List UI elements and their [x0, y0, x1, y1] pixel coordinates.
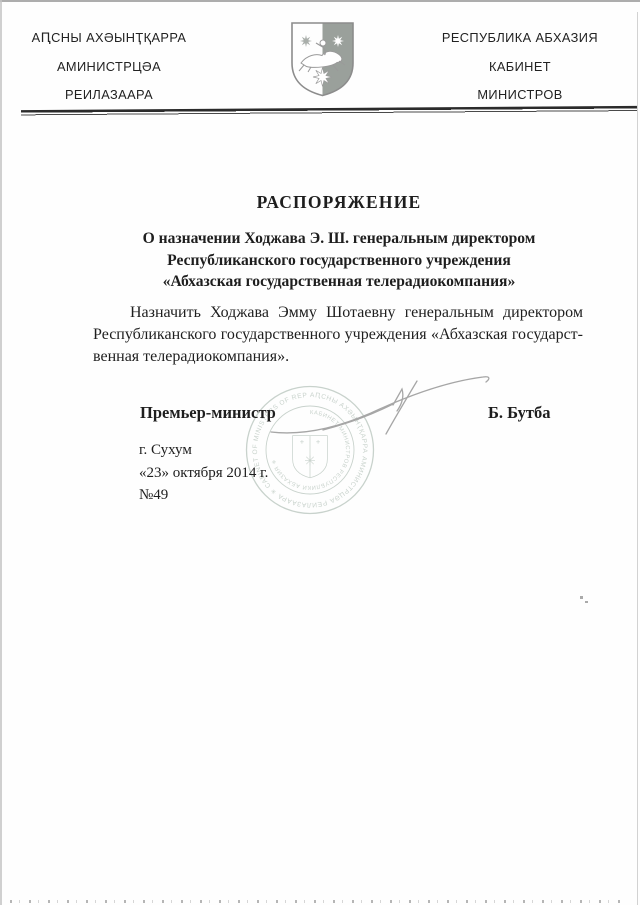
decree-number: №49 [139, 487, 168, 504]
scan-edge-top [0, 0, 640, 2]
scan-noise-bottom [10, 900, 626, 903]
subject-line: Республиканского государственного учрежд… [85, 250, 593, 272]
body-line: венная телерадиокомпания». [93, 346, 583, 368]
scan-speck [585, 601, 588, 603]
subject-line: О назначении Ходжава Э. Ш. генеральным д… [85, 228, 593, 250]
letterhead-abkhaz-line2: АМИНИСТРЦӘА [29, 53, 189, 82]
issue-place: г. Сухум [139, 442, 192, 459]
decree-subject: О назначении Ходжава Э. Ш. генеральным д… [85, 228, 593, 293]
letterhead-abkhaz: АԤСНЫ АХӘЫНҬҚАРРА АМИНИСТРЦӘА РЕИЛАЗААРА [29, 24, 189, 110]
signer-name: Б. Бутба [488, 403, 551, 423]
body-line: Назначить Ходжава Эмму Шотаевну генераль… [93, 302, 583, 324]
issue-date: «23» октября 2014 г. [139, 465, 268, 482]
scanned-decree-page: АԤСНЫ АХӘЫНҬҚАРРА АМИНИСТРЦӘА РЕИЛАЗААРА… [0, 0, 640, 905]
signer-role: Премьер-министр [140, 403, 276, 423]
letterhead-russian-line1: РЕСПУБЛИКА АБХАЗИЯ [440, 24, 600, 53]
letterhead-russian-line2: КАБИНЕТ [440, 53, 600, 82]
letterhead-russian: РЕСПУБЛИКА АБХАЗИЯ КАБИНЕТ МИНИСТРОВ [440, 24, 600, 110]
letterhead-abkhaz-line1: АԤСНЫ АХӘЫНҬҚАРРА [29, 24, 189, 53]
document-title: РАСПОРЯЖЕНИЕ [93, 192, 585, 213]
decree-body: Назначить Ходжава Эмму Шотаевну генераль… [93, 302, 583, 367]
scan-edge-right [637, 12, 638, 905]
letterhead-abkhaz-line3: РЕИЛАЗААРА [29, 81, 189, 110]
body-line: Республиканского государственного учрежд… [93, 324, 583, 346]
subject-line: «Абхазская государственная телерадиокомп… [85, 271, 593, 293]
scan-edge-left [0, 0, 2, 905]
letterhead-russian-line3: МИНИСТРОВ [440, 81, 600, 110]
scan-speck [580, 596, 583, 599]
coat-of-arms-of-abkhazia-icon [289, 20, 356, 98]
handwritten-signature [265, 370, 497, 442]
